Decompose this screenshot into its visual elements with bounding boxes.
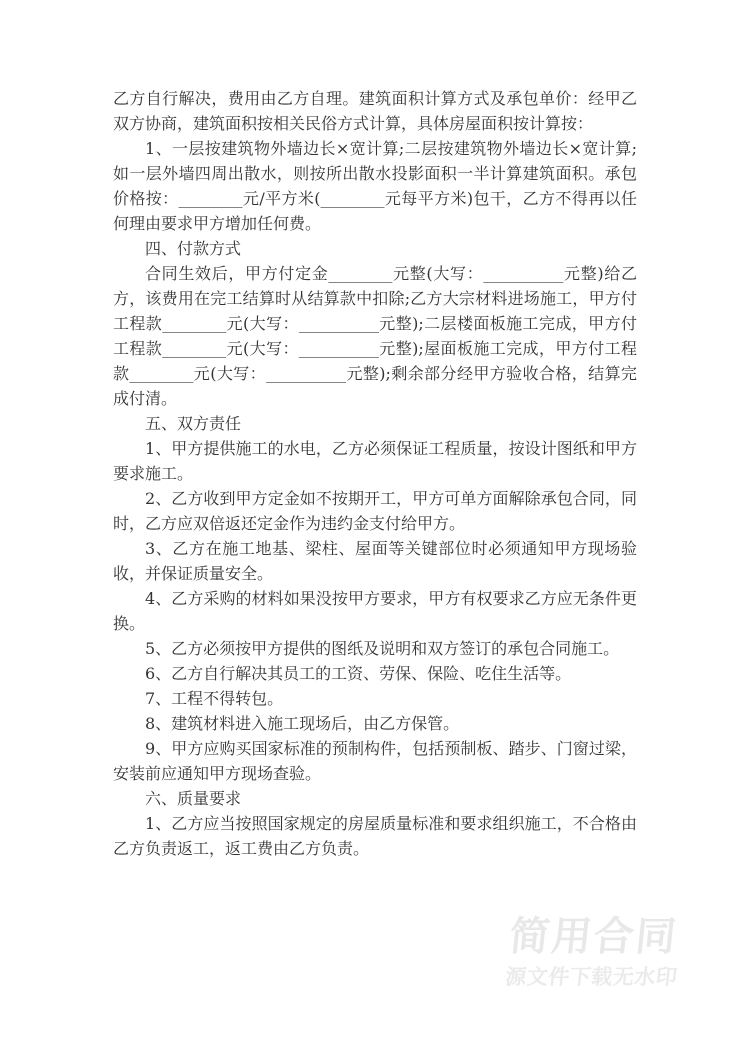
section-heading-payment: 四、付款方式 — [113, 236, 637, 261]
contract-paragraph: 9、甲方应购买国家标准的预制构件，包括预制板、踏步、门窗过梁，安装前应通知甲方现… — [113, 736, 637, 786]
contract-paragraph: 4、乙方采购的材料如果没按甲方要求，甲方有权要求乙方应无条件更换。 — [113, 586, 637, 636]
contract-paragraph: 1、甲方提供施工的水电，乙方必须保证工程质量，按设计图纸和甲方要求施工。 — [113, 436, 637, 486]
watermark-title: 简用合同 — [507, 916, 683, 958]
contract-paragraph: 6、乙方自行解决其员工的工资、劳保、保险、吃住生活等。 — [113, 661, 637, 686]
contract-body: 乙方自行解决，费用由乙方自理。建筑面积计算方式及承包单价：经甲乙双方协商，建筑面… — [113, 86, 637, 861]
contract-paragraph: 乙方自行解决，费用由乙方自理。建筑面积计算方式及承包单价：经甲乙双方协商，建筑面… — [113, 86, 637, 136]
contract-paragraph: 7、工程不得转包。 — [113, 686, 637, 711]
watermark: 简用合同 源文件下载无水印 — [504, 916, 684, 988]
contract-page: 乙方自行解决，费用由乙方自理。建筑面积计算方式及承包单价：经甲乙双方协商，建筑面… — [0, 0, 742, 1049]
section-heading-quality: 六、质量要求 — [113, 786, 637, 811]
contract-paragraph: 合同生效后，甲方付定金________元整(大写：__________元整)给乙… — [113, 261, 637, 411]
watermark-subtitle: 源文件下载无水印 — [504, 966, 678, 988]
section-heading-responsibilities: 五、双方责任 — [113, 411, 637, 436]
contract-paragraph: 5、乙方必须按甲方提供的图纸及说明和双方签订的承包合同施工。 — [113, 636, 637, 661]
contract-paragraph: 8、建筑材料进入施工现场后，由乙方保管。 — [113, 711, 637, 736]
contract-paragraph: 1、乙方应当按照国家规定的房屋质量标准和要求组织施工，不合格由乙方负责返工，返工… — [113, 811, 637, 861]
contract-paragraph: 3、乙方在施工地基、梁柱、屋面等关键部位时必须通知甲方现场验收，并保证质量安全。 — [113, 536, 637, 586]
contract-paragraph: 2、乙方收到甲方定金如不按期开工，甲方可单方面解除承包合同，同时，乙方应双倍返还… — [113, 486, 637, 536]
contract-paragraph: 1、一层按建筑物外墙边长×宽计算;二层按建筑物外墙边长×宽计算;如一层外墙四周出… — [113, 136, 637, 236]
